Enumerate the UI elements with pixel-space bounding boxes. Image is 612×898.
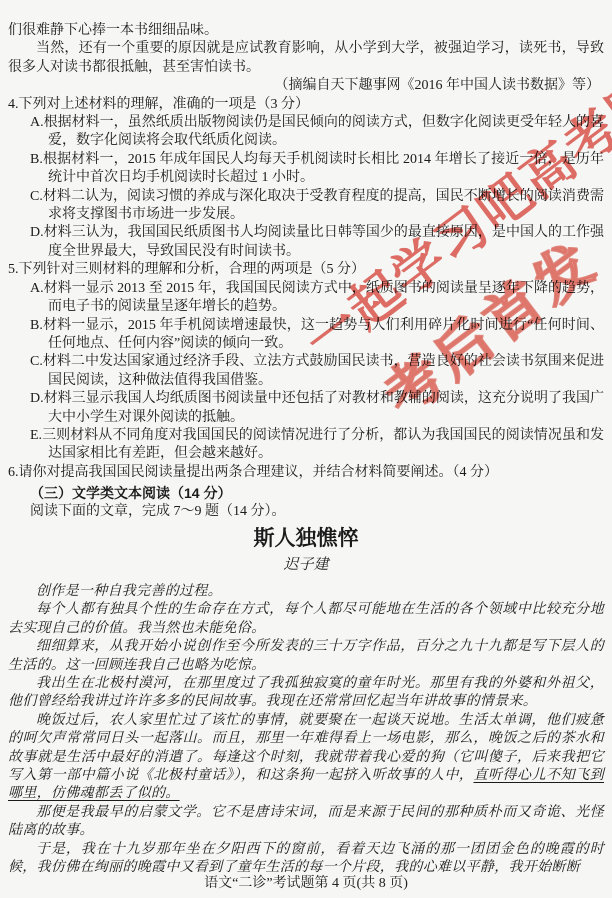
section3-heading: （三）文学类文本阅读（14 分）	[8, 484, 604, 502]
essay-author: 迟子建	[8, 554, 604, 576]
question5-stem: 5.下列针对三则材料的理解和分析，合理的两项是（5 分）	[8, 261, 604, 279]
question4-option-d: D.材料三认为，我国国民纸质图书人均阅读量比日韩等国少的最直接原因，是中国人的工…	[8, 224, 604, 261]
question4-stem: 4.下列对上述材料的理解，准确的一项是（3 分）	[8, 96, 604, 114]
question5-option-c: C.材料二中发达国家通过经济手段、立法方式鼓励国民读书，营造良好的社会读书氛围来…	[8, 353, 604, 390]
material-paragraph: 当然，还有一个重要的原因就是应试教育影响，从小学到大学，被强迫学习，读死书，导致…	[8, 40, 604, 77]
essay-title: 斯人独憔悴	[8, 526, 604, 552]
passage-paragraph-2: 每个人都有独具个性的生命存在方式，每个人都尽可能地在生活的各个领域中比较充分地去…	[8, 601, 604, 638]
question4-option-a: A.根据材料一，虽然纸质出版物阅读仍是国民倾向的阅读方式，但数字化阅读更受年轻人…	[8, 114, 604, 151]
question5-option-a: A.材料一显示 2013 至 2015 年，我国国民阅读方式中，纸质图书的阅读量…	[8, 280, 604, 317]
question4-option-c: C.材料二认为，阅读习惯的养成与深化取决于受教育程度的提高，国民不断增长的阅读消…	[8, 188, 604, 225]
question5-option-b: B.材料一显示，2015 年手机阅读增速最快，这一趋势与人们利用碎片化时间进行“…	[8, 317, 604, 354]
passage-paragraph-1: 创作是一种自我完善的过程。	[8, 583, 604, 601]
passage-paragraph-5: 晚饭过后，农人家里忙过了该忙的事情，就要聚在一起谈天说地。生活太单调，他们疲惫的…	[8, 712, 604, 804]
passage-paragraph-7: 于是，我在十九岁那年坐在夕阳西下的窗前，看着天边飞涌的那一团团金色的晚霞的时候，…	[8, 841, 604, 878]
page-content: 们很难静下心捧一本书细细品味。 当然，还有一个重要的原因就是应试教育影响，从小学…	[0, 0, 612, 877]
passage-paragraph-4: 我出生在北极村漠河，在那里度过了我孤独寂寞的童年时光。那里有我的外婆和外祖父，他…	[8, 675, 604, 712]
exam-page-scan: 们很难静下心捧一本书细细品味。 当然，还有一个重要的原因就是应试教育影响，从小学…	[0, 0, 612, 898]
question6-stem: 6.请你对提高我国国民阅读量提出两条合理建议，并结合材料简要阐述。（4 分）	[8, 464, 604, 482]
section3-instruction: 阅读下面的文章，完成 7～9 题（14 分）。	[8, 503, 604, 521]
question4-option-b: B.根据材料一，2015 年成年国民人均每天手机阅读时长相比 2014 年增长了…	[8, 151, 604, 188]
question5-option-e: E.三则材料从不同角度对我国国民的阅读情况进行了分析，都认为我国国民的阅读情况虽…	[8, 427, 604, 464]
page-footer: 语文“二诊”考试题第 4 页(共 8 页)	[0, 875, 612, 893]
passage-paragraph-6: 那便是我最早的启蒙文学。它不是唐诗宋词，而是来源于民间的那种质朴而又奇诡、光怪陆…	[8, 804, 604, 841]
material-source-citation: （摘编自天下趣事网《2016 年中国人读书数据》等）	[8, 77, 604, 95]
essay-passage: 创作是一种自我完善的过程。 每个人都有独具个性的生命存在方式，每个人都尽可能地在…	[8, 583, 604, 878]
passage-paragraph-3: 细细算来，从我开始小说创作至今所发表的三十万字作品，百分之九十九都是写下层人的生…	[8, 638, 604, 675]
material-continuation-line: 们很难静下心捧一本书细细品味。	[8, 22, 604, 40]
question5-option-d: D.材料三显示我国人均纸质图书阅读量中还包括了对教材和教辅的阅读，这充分说明了我…	[8, 390, 604, 427]
